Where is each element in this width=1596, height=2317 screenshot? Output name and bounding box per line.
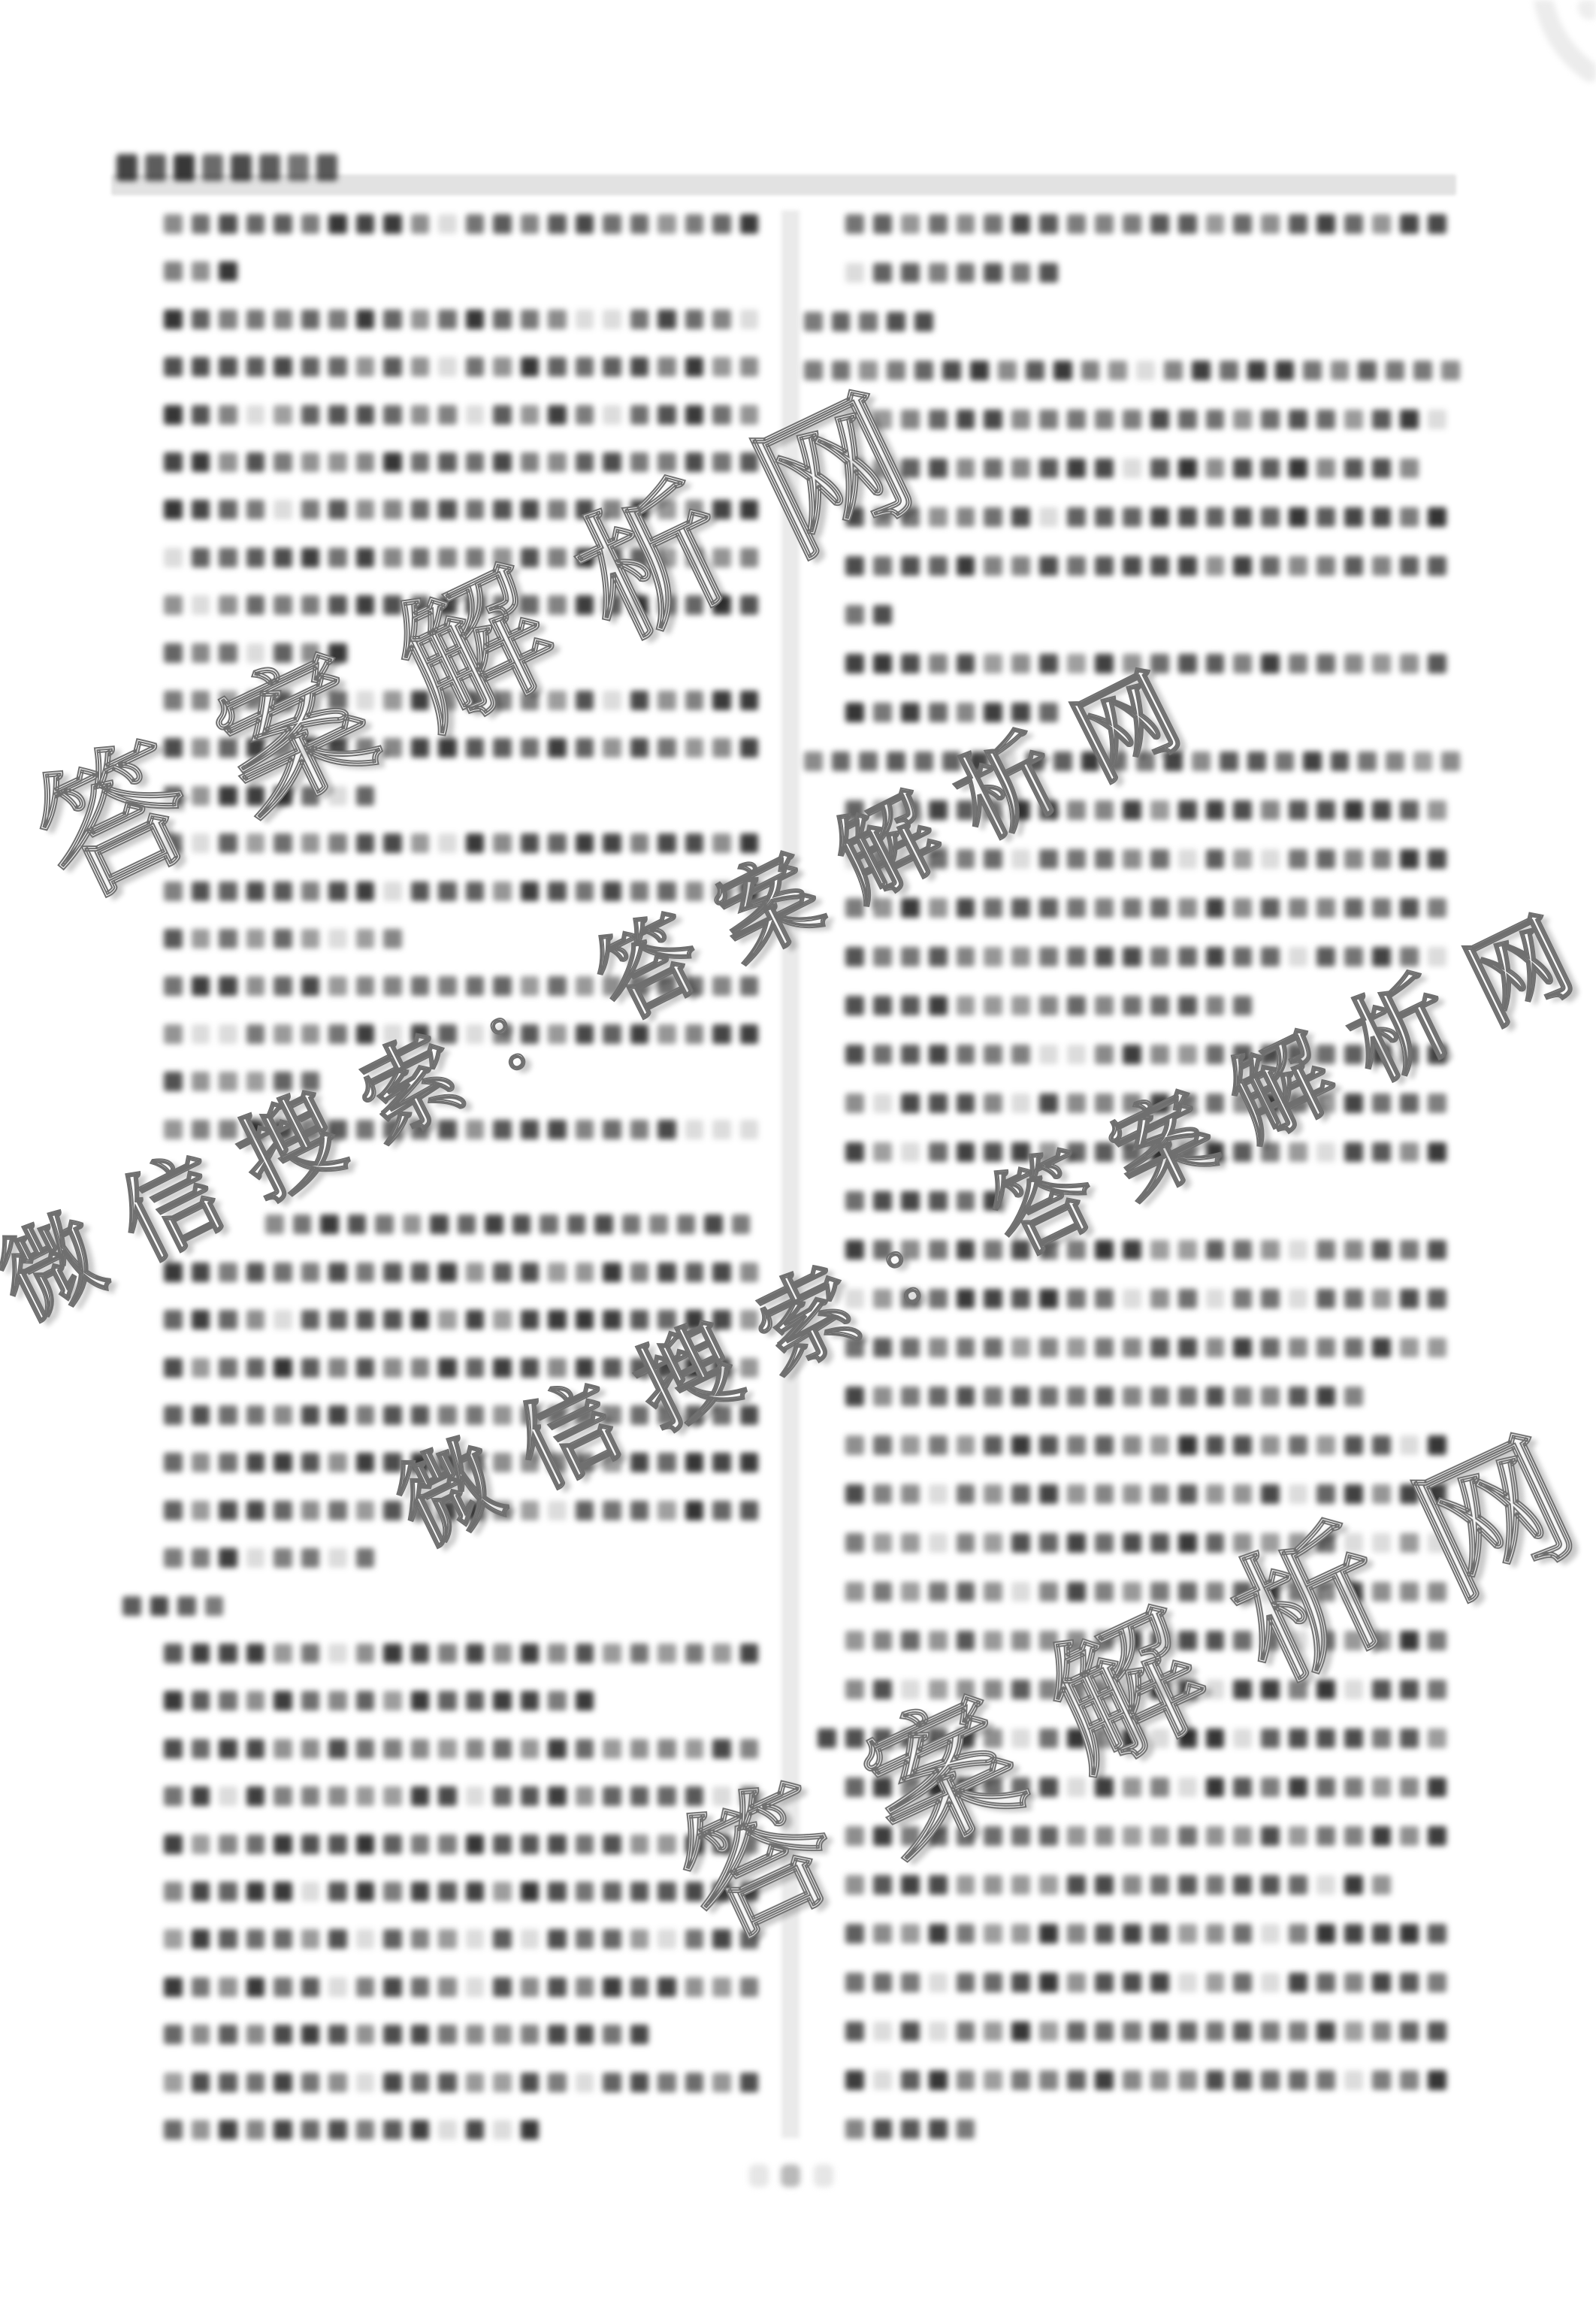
text-line (159, 785, 379, 807)
text-line (841, 2020, 1451, 2043)
text-line (159, 1499, 763, 1522)
document-page: 答案解析网 微信搜索：答案解析网 微信搜索：答案解析网 答案解析网 (0, 0, 1596, 2317)
glyph-blob (198, 152, 227, 183)
glyph-blob (255, 152, 284, 183)
text-line (841, 945, 1451, 968)
glyph-blob (313, 152, 341, 183)
page-number-dash-right (814, 2164, 833, 2187)
text-line (159, 2119, 543, 2141)
text-line (841, 1287, 1451, 1310)
text-line (159, 1689, 598, 1712)
text-line (159, 1547, 379, 1569)
text-line (159, 1357, 763, 1379)
text-line (159, 1118, 763, 1141)
text-line (159, 451, 763, 473)
text-line (841, 457, 1423, 479)
text-line (841, 1239, 1451, 1261)
text-line (159, 1880, 763, 1903)
text-line (841, 1922, 1451, 1945)
text-line (841, 799, 1451, 821)
text-line (841, 1434, 1451, 1456)
text-line (841, 1385, 1368, 1408)
corner-mark (1506, 0, 1596, 90)
text-line (800, 750, 1465, 773)
text-line (159, 1451, 763, 1474)
text-line (159, 832, 763, 855)
text-line (159, 880, 763, 903)
text-line (841, 1678, 1451, 1701)
text-line (841, 1776, 1451, 1798)
glyph-blob (170, 152, 198, 183)
text-line (159, 498, 763, 521)
text-line (159, 308, 763, 331)
text-line (159, 1023, 763, 1045)
text-line (841, 1825, 1451, 1847)
text-line (841, 1580, 1451, 1603)
text-line (841, 262, 1062, 284)
text-line (841, 994, 1256, 1017)
watermark-char: 微 (0, 1179, 141, 1359)
text-line (800, 359, 1465, 382)
text-line (841, 213, 1451, 235)
text-line (159, 1070, 324, 1093)
text-line (841, 408, 1451, 431)
text-line (159, 689, 763, 712)
text-line (159, 975, 763, 997)
text-line (159, 1833, 763, 1856)
text-line (841, 1532, 1451, 1554)
text-line (841, 1092, 1451, 1115)
text-line (841, 1190, 1007, 1212)
text-line (841, 603, 896, 626)
page-number (748, 2163, 838, 2188)
text-line (841, 701, 1062, 724)
text-line (841, 1629, 1451, 1652)
glyph-blob (284, 152, 313, 183)
text-line (159, 594, 763, 616)
text-line (159, 213, 763, 235)
text-line (841, 1874, 1395, 1896)
text-line (841, 1483, 1451, 1505)
text-line (159, 2071, 763, 2094)
text-line (841, 1971, 1451, 1994)
text-line (261, 1213, 754, 1236)
page-number-dash-left (749, 2164, 769, 2187)
text-line (159, 737, 763, 759)
text-line (841, 506, 1451, 528)
text-line (800, 310, 938, 333)
text-line (841, 652, 1451, 675)
text-line (159, 2023, 653, 2046)
text-line (159, 1261, 763, 1284)
text-line (841, 2118, 979, 2140)
text-line (159, 927, 407, 950)
text-line (159, 1976, 763, 1998)
text-line (159, 1308, 763, 1331)
text-line (159, 355, 763, 378)
right-column (841, 213, 1465, 2152)
text-line (159, 546, 763, 569)
text-line (841, 2069, 1451, 2092)
column-divider (781, 210, 800, 2138)
text-line (159, 1738, 763, 1760)
text-line (159, 1642, 763, 1665)
glyph-blob (141, 152, 170, 183)
text-line (159, 404, 763, 426)
text-line (159, 260, 242, 283)
text-line (159, 1785, 763, 1807)
text-line (841, 1141, 1451, 1163)
glyph-blob (113, 152, 141, 183)
text-line (159, 1404, 763, 1426)
text-line (159, 1928, 763, 1950)
text-line (813, 1727, 1450, 1750)
text-line (841, 897, 1451, 919)
header-title (113, 152, 341, 183)
left-column (159, 213, 783, 2152)
text-line (841, 555, 1451, 577)
text-line (118, 1595, 228, 1617)
glyph-blob (227, 152, 255, 183)
text-line (841, 848, 1451, 870)
text-line (159, 642, 352, 664)
text-line (841, 1043, 1451, 1066)
page-number-digit (781, 2164, 800, 2187)
text-line (841, 1336, 1451, 1359)
